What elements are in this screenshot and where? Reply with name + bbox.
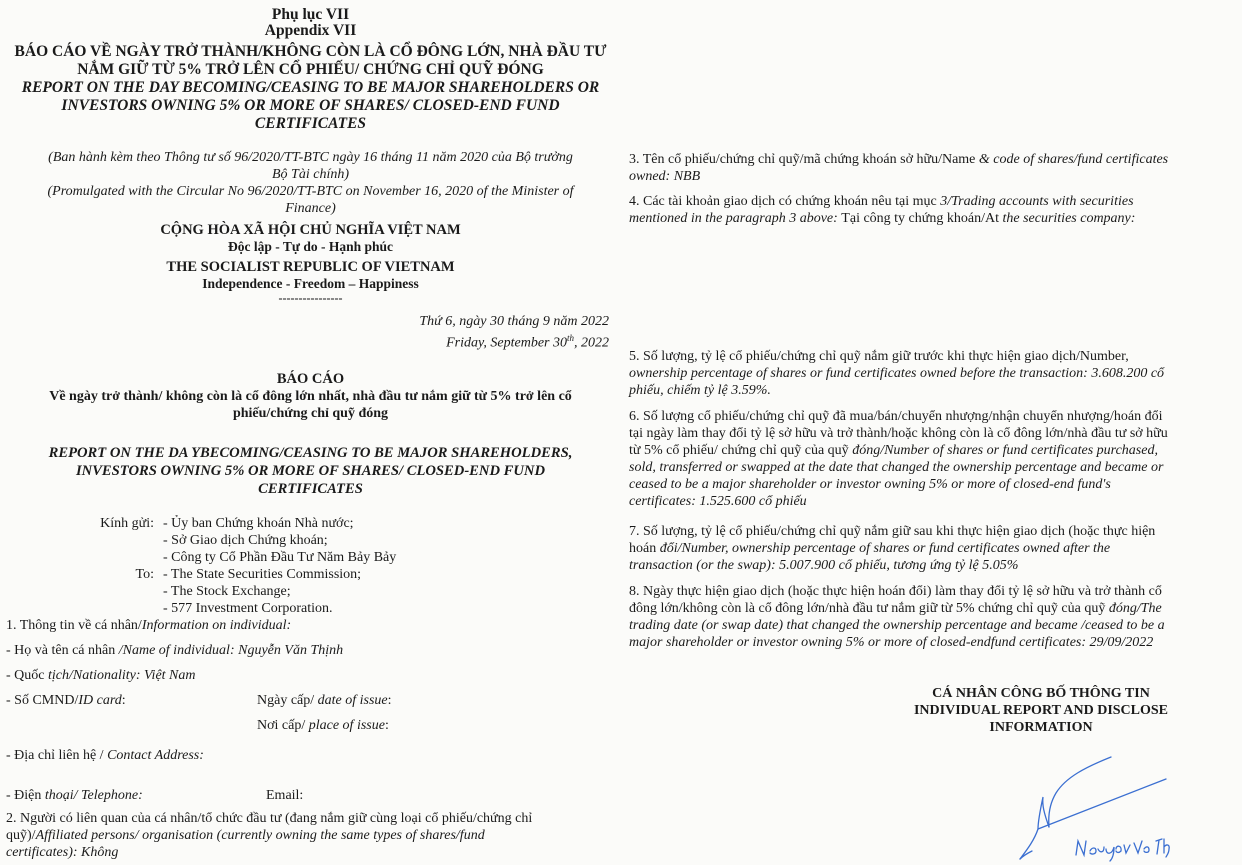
section-5-line-2: ownership percentage of shares or fund c… [629,365,1164,382]
recipient-item: - The State Securities Commission; [163,566,361,583]
report-subtitle-vi-1: Về ngày trở thành/ không còn là cổ đông … [0,388,621,405]
main-title-vi-2: NẮM GIỮ TỪ 5% TRỞ LÊN CỔ PHIẾU/ CHỨNG CH… [0,61,621,79]
date-vi: Thứ 6, ngày 30 tháng 9 năm 2022 [419,313,609,330]
recipient-item: - Sở Giao dịch Chứng khoán; [163,532,328,549]
individual-name-row: - Họ và tên cá nhân /Name of individual:… [6,642,343,659]
section-8-line-4: major shareholder or investor owning 5% … [629,634,1153,651]
section-7-line-3: transaction (or the swap): 5.007.900 cổ … [629,557,1018,574]
appendix-title-en: Appendix VII [0,22,621,39]
section-4-line-1: 4. Các tài khoản giao dịch có chứng khoá… [629,193,1134,210]
recipient-item: - 577 Investment Corporation. [163,600,333,617]
section-8-line-2: đông lớn/không còn là cổ đông lớn/nhà đầ… [629,600,1162,617]
issue-place-row: Nơi cấp/ place of issue: [257,717,389,734]
main-title-vi-1: BÁO CÁO VỀ NGÀY TRỞ THÀNH/KHÔNG CÒN LÀ C… [0,43,621,61]
main-title-en-3: CERTIFICATES [0,115,621,133]
recipients-label-vi: Kính gửi: [54,515,154,532]
section-6-line-2: tại ngày làm thay đổi tỷ lệ sở hữu và tr… [629,425,1168,442]
section-3-line-2: owned: NBB [629,168,700,185]
recipient-item: - The Stock Exchange; [163,583,291,600]
issue-date-row: Ngày cấp/ date of issue: [257,692,392,709]
individual-name-value: Nguyễn Văn Thịnh [238,643,343,658]
section-4-line-2: mentioned in the paragraph 3 above: Tại … [629,210,1135,227]
section-2-line-1: 2. Người có liên quan của cá nhân/tổ chứ… [6,810,532,827]
section-6-line-5: ceased to be a major shareholder or inve… [629,476,1111,493]
section-1-heading: 1. Thông tin về cá nhân/Information on i… [6,617,291,634]
issued-note-vi-2: Bộ Tài chính) [0,166,621,183]
divider: ---------------- [0,290,621,307]
nationality-value: Việt Nam [144,668,195,683]
id-card-row: - Số CMND/ID card: [6,692,126,709]
telephone-row: - Điện thoại/ Telephone: [6,787,143,804]
main-title-en-1: REPORT ON THE DAY BECOMING/CEASING TO BE… [0,79,621,97]
section-3-line-1: 3. Tên cổ phiếu/chứng chỉ quỹ/mã chứng k… [629,151,1168,168]
email-row: Email: [266,787,303,804]
issued-note-en-1: (Promulgated with the Circular No 96/202… [0,183,621,200]
date-en: Friday, September 30th, 2022 [446,330,609,352]
signature-title-1: CÁ NHÂN CÔNG BỐ THÔNG TIN [841,685,1241,702]
appendix-title-vi: Phụ lục VII [0,6,621,23]
section-6-line-1: 6. Số lượng cổ phiếu/chứng chỉ quỹ đã mu… [629,408,1163,425]
main-title-en-2: INVESTORS OWNING 5% OR MORE OF SHARES/ C… [0,97,621,115]
report-subtitle-vi-2: phiếu/chứng chỉ quỹ đóng [0,405,621,422]
signature-title-2: INDIVIDUAL REPORT AND DISCLOSE [841,702,1241,719]
section-2-line-2: quỹ)/Affiliated persons/ organisation (c… [6,827,485,844]
section-6-line-4: sold, transferred or swapped at the date… [629,459,1163,476]
nationality-row: - Quốc tịch/Nationality: Việt Nam [6,667,196,684]
report-subtitle-en-2: INVESTORS OWNING 5% OR MORE OF SHARES/ C… [0,463,621,480]
section-5-line-1: 5. Số lượng, tỷ lệ cổ phiếu/chứng chỉ qu… [629,348,1129,365]
section-7-line-2: hoán đổi/Number, ownership percentage of… [629,540,1110,557]
section-2-line-3: certificates): Không [6,844,118,861]
signature-title-3: INFORMATION [841,719,1241,736]
section-7-line-1: 7. Số lượng, tỷ lệ cổ phiếu/chứng chỉ qu… [629,523,1155,540]
report-subtitle-en-1: REPORT ON THE DA YBECOMING/CEASING TO BE… [0,445,621,462]
issued-note-vi-1: (Ban hành kèm theo Thông tư số 96/2020/T… [0,149,621,166]
contact-address-row: - Địa chỉ liên hệ / Contact Address: [6,747,204,764]
report-title: BÁO CÁO [0,371,621,388]
republic-name-en: THE SOCIALIST REPUBLIC OF VIETNAM [0,259,621,276]
motto-vi: Độc lập - Tự do - Hạnh phúc [0,238,621,255]
handwritten-signature [1016,755,1191,865]
section-6-line-3: từ 5% cổ phiếu/ chứng chỉ quỹ của quỹ đó… [629,442,1158,459]
recipient-item: - Công ty Cổ Phần Đầu Tư Năm Bảy Bảy [163,549,396,566]
section-6-line-6: certificates: 1.525.600 cổ phiếu [629,493,807,510]
recipients-label-en: To: [54,566,154,583]
report-subtitle-en-3: CERTIFICATES [0,481,621,498]
section-8-line-3: trading date (or swap date) that changed… [629,617,1165,634]
section-8-line-1: 8. Ngày thực hiện giao dịch (hoặc thực h… [629,583,1162,600]
republic-name-vi: CỘNG HÒA XÃ HỘI CHỦ NGHĨA VIỆT NAM [0,222,621,239]
recipient-item: - Ủy ban Chứng khoán Nhà nước; [163,515,354,532]
issued-note-en-2: Finance) [0,200,621,217]
section-5-line-3: phiếu, chiếm tỷ lệ 3.59%. [629,382,771,399]
